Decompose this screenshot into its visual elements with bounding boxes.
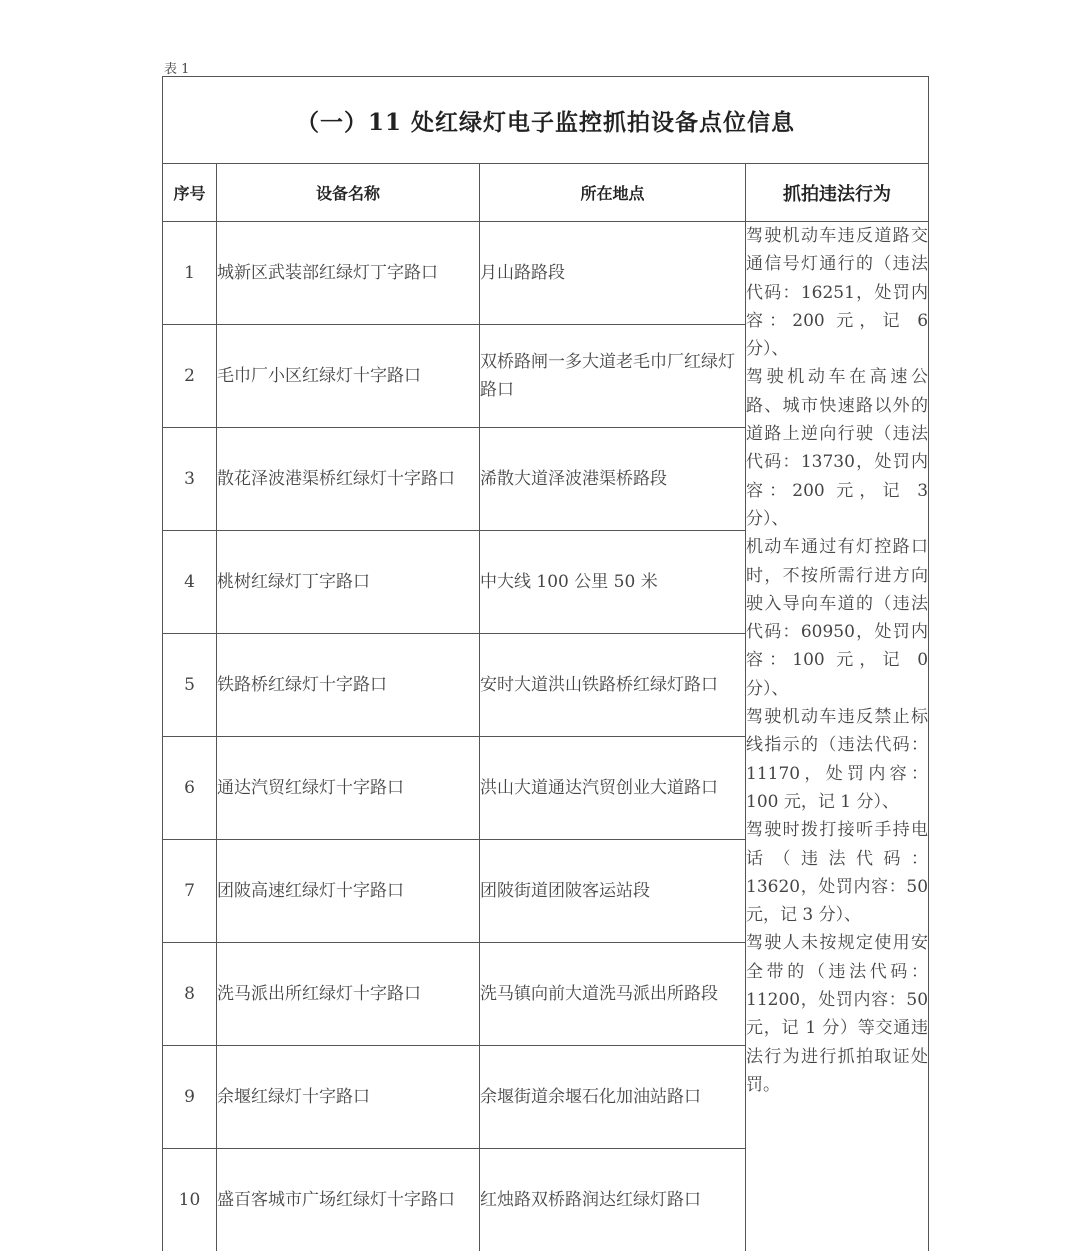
row-device-name: 团陂高速红绿灯十字路口 (217, 840, 480, 943)
row-location: 中大线 100 公里 50 米 (480, 531, 746, 634)
row-index: 3 (163, 428, 217, 531)
row-device-name: 散花泽波港渠桥红绿灯十字路口 (217, 428, 480, 531)
header-row: 序号 设备名称 所在地点 抓拍违法行为 (163, 164, 929, 222)
header-location: 所在地点 (480, 164, 746, 222)
row-index: 8 (163, 943, 217, 1046)
row-location: 洪山大道通达汽贸创业大道路口 (480, 737, 746, 840)
row-device-name: 余堰红绿灯十字路口 (217, 1046, 480, 1149)
row-device-name: 盛百客城市广场红绿灯十字路口 (217, 1149, 480, 1251)
header-violation: 抓拍违法行为 (746, 164, 929, 222)
row-location: 洗马镇向前大道洗马派出所路段 (480, 943, 746, 1046)
header-index: 序号 (163, 164, 217, 222)
table-caption: 表 1 (164, 58, 189, 77)
row-device-name: 桃树红绿灯丁字路口 (217, 531, 480, 634)
violation-item: 驾驶机动车在高速公路、城市快速路以外的道路上逆向行驶（违法代码：13730，处罚… (746, 363, 928, 533)
row-index: 6 (163, 737, 217, 840)
row-index: 5 (163, 634, 217, 737)
table-row: 1 城新区武装部红绿灯丁字路口 月山路路段 驾驶机动车违反道路交通信号灯通行的（… (163, 222, 929, 325)
row-index: 1 (163, 222, 217, 325)
row-index: 10 (163, 1149, 217, 1251)
row-location: 双桥路闸一多大道老毛巾厂红绿灯路口 (480, 325, 746, 428)
row-location: 月山路路段 (480, 222, 746, 325)
row-device-name: 城新区武装部红绿灯丁字路口 (217, 222, 480, 325)
row-location: 浠散大道泽波港渠桥路段 (480, 428, 746, 531)
violation-item: 驾驶机动车违反道路交通信号灯通行的（违法代码：16251，处罚内容：200 元，… (746, 222, 928, 363)
violation-item: 机动车通过有灯控路口时，不按所需行进方向驶入导向车道的（违法代码：60950，处… (746, 533, 928, 703)
table-title: （一）11 处红绿灯电子监控抓拍设备点位信息 (163, 77, 929, 164)
violation-item: 驾驶时拨打接听手持电话（违法代码：13620，处罚内容：50 元，记 3 分）、 (746, 816, 928, 929)
row-location: 红烛路双桥路润达红绿灯路口 (480, 1149, 746, 1251)
row-index: 4 (163, 531, 217, 634)
row-location: 安时大道洪山铁路桥红绿灯路口 (480, 634, 746, 737)
row-index: 7 (163, 840, 217, 943)
violation-item: 驾驶机动车违反禁止标线指示的（违法代码：11170，处罚内容：100 元，记 1… (746, 703, 928, 816)
row-device-name: 洗马派出所红绿灯十字路口 (217, 943, 480, 1046)
row-device-name: 毛巾厂小区红绿灯十字路口 (217, 325, 480, 428)
violation-item: 驾驶人未按规定使用安全带的（违法代码：11200，处罚内容：50 元，记 1 分… (746, 929, 928, 1099)
row-device-name: 铁路桥红绿灯十字路口 (217, 634, 480, 737)
row-location: 余堰街道余堰石化加油站路口 (480, 1046, 746, 1149)
row-location: 团陂街道团陂客运站段 (480, 840, 746, 943)
row-device-name: 通达汽贸红绿灯十字路口 (217, 737, 480, 840)
row-index: 2 (163, 325, 217, 428)
header-device-name: 设备名称 (217, 164, 480, 222)
violation-description: 驾驶机动车违反道路交通信号灯通行的（违法代码：16251，处罚内容：200 元，… (746, 222, 929, 1251)
device-location-table: （一）11 处红绿灯电子监控抓拍设备点位信息 序号 设备名称 所在地点 抓拍违法… (162, 76, 929, 1251)
row-index: 9 (163, 1046, 217, 1149)
